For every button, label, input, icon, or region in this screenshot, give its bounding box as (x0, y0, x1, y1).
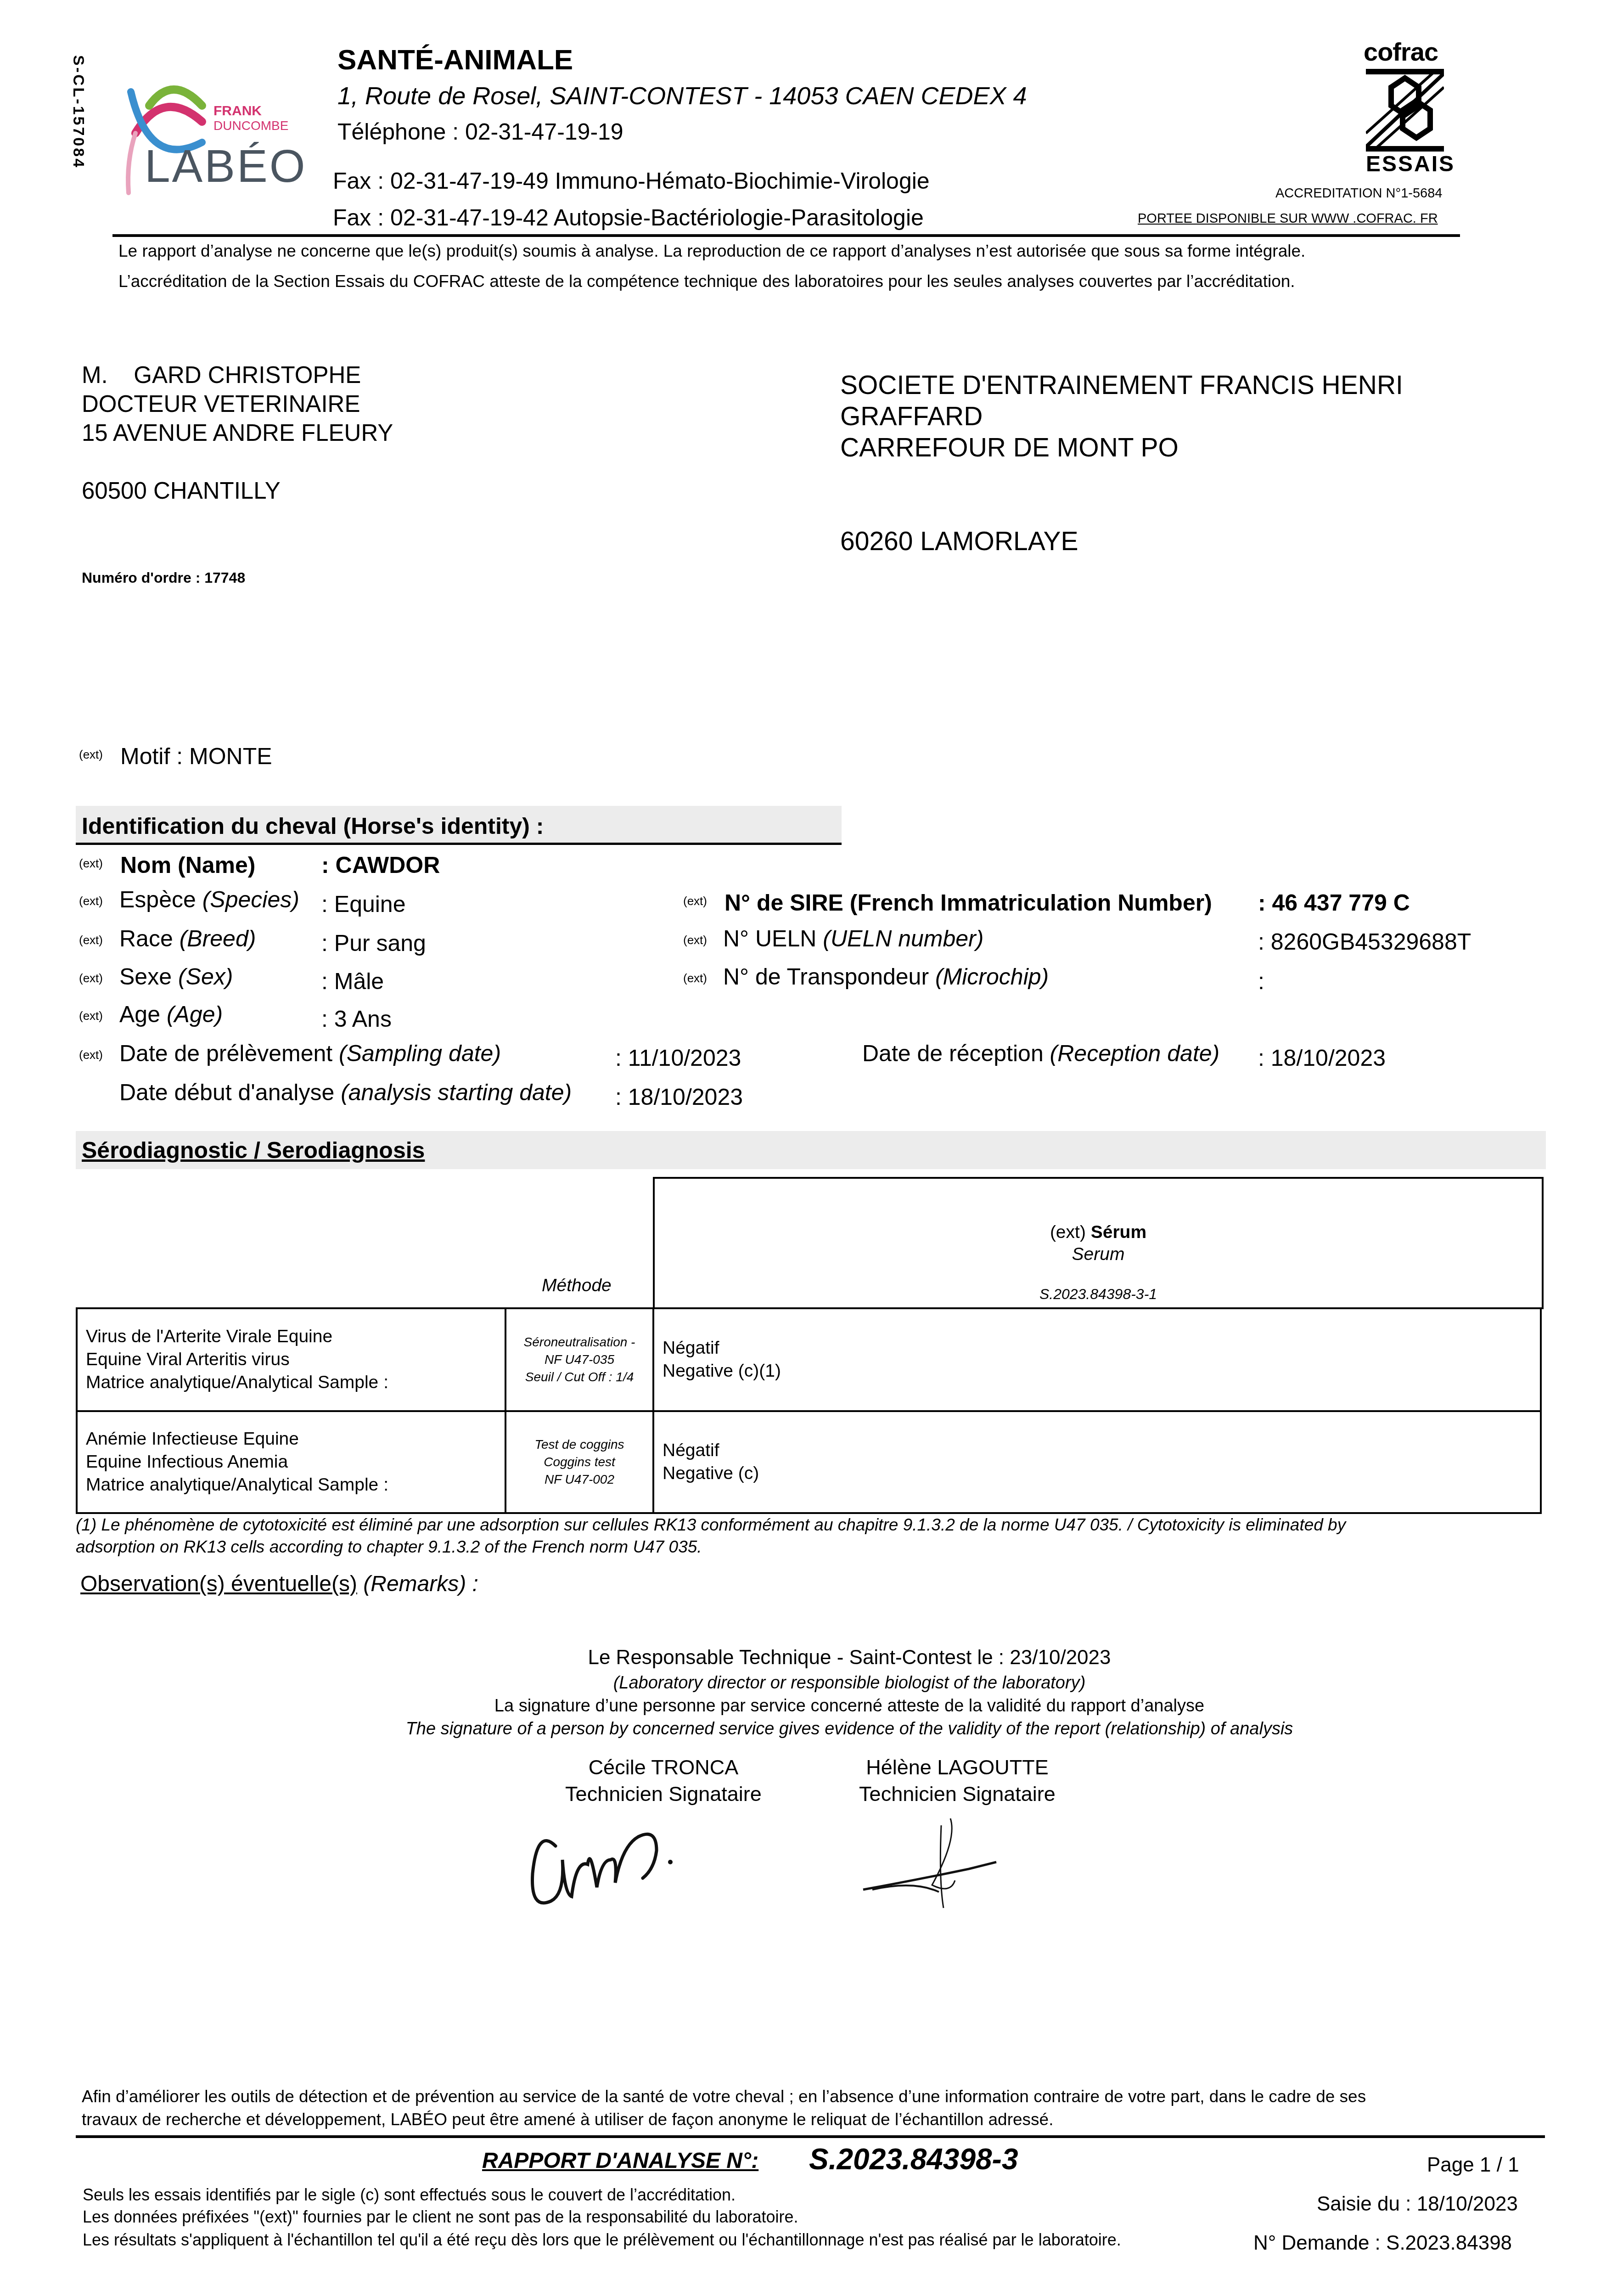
ext-tag: (ext) (683, 933, 707, 947)
serodiagnosis-title: Sérodiagnostic / Serodiagnosis (82, 1137, 425, 1164)
remarks-label-en: (Remarks) : (357, 1572, 478, 1596)
horse-sire-label: N° de SIRE (French Immatriculation Numbe… (724, 889, 1212, 916)
ext-tag: (ext) (79, 971, 103, 985)
horse-breed-label: Race (Breed) (119, 925, 256, 952)
cofrac-logo-text: cofrac (1364, 37, 1438, 67)
sample-name-en: Serum (655, 1244, 1542, 1265)
research-notice-line-2: travaux de recherche et développement, L… (82, 2110, 1053, 2129)
ext-tag: (ext) (79, 933, 103, 947)
cofrac-logo: cofrac ESSAIS (1364, 37, 1451, 174)
sex-label-fr: Sexe (119, 964, 172, 990)
result-cell: Négatif Negative (c)(1) (653, 1308, 1541, 1411)
technical-manager-line: Le Responsable Technique - Saint-Contest… (321, 1644, 1377, 1671)
horse-age-value: : 3 Ans (321, 1006, 392, 1032)
method-line: Seuil / Cut Off : 1/4 (506, 1368, 652, 1386)
cofrac-accreditation: ACCREDITATION N°1-5684 (1275, 186, 1442, 201)
horse-microchip-value: : (1258, 968, 1264, 995)
recipient-left-line-1: M. GARD CHRISTOPHE (82, 360, 393, 389)
recipient-right-line-1: SOCIETE D'ENTRAINEMENT FRANCIS HENRI (840, 370, 1403, 401)
logo-name: LABÉO (145, 140, 307, 193)
horse-ueln-label: N° UELN (UELN number) (723, 925, 983, 952)
method-line: NF U47-002 (506, 1471, 652, 1488)
sampling-date-label: Date de prélèvement (Sampling date) (119, 1040, 501, 1067)
ext-tag: (ext) (79, 1009, 103, 1023)
logo-brand-bottom: DUNCOMBE (213, 118, 288, 133)
analyte-cell: Anémie Infectieuse Equine Equine Infecti… (77, 1411, 505, 1513)
microchip-label-fr: N° de Transpondeur (723, 964, 929, 990)
result-en: Negative (c)(1) (654, 1360, 1540, 1383)
horse-sex-value: : Mâle (321, 968, 384, 995)
analysis-start-date-label: Date début d'analyse (analysis starting … (119, 1079, 572, 1106)
sex-label-en: (Sex) (178, 964, 233, 990)
lab-title: SANTÉ-ANIMALE (337, 44, 573, 76)
disclaimer-line-1: Le rapport d’analyse ne concerne que le(… (118, 242, 1305, 261)
ext-tag: (ext) (683, 971, 707, 985)
recipient-right-line-4: 60260 LAMORLAYE (840, 526, 1403, 557)
order-number: Numéro d'ordre : 17748 (82, 569, 245, 586)
recipient-left: M. GARD CHRISTOPHE DOCTEUR VETERINAIRE 1… (82, 360, 393, 505)
sampling-label-fr: Date de prélèvement (119, 1041, 332, 1066)
sample-name: Sérum (1091, 1222, 1146, 1242)
report-number: S.2023.84398-3 (809, 2142, 1018, 2176)
lab-phone: Téléphone : 02-31-47-19-19 (337, 118, 623, 145)
recipient-right: SOCIETE D'ENTRAINEMENT FRANCIS HENRI GRA… (840, 370, 1403, 557)
recipient-right-line-3: CARREFOUR DE MONT PO (840, 432, 1403, 463)
analyte-matrix: Matrice analytique/Analytical Sample : (78, 1474, 505, 1497)
signer-name: Cécile TRONCA (526, 1754, 801, 1781)
analyte-en: Equine Infectious Anemia (78, 1451, 505, 1474)
horse-breed-value: : Pur sang (321, 930, 426, 957)
sampling-label-en: (Sampling date) (339, 1041, 501, 1066)
table-row: Anémie Infectieuse Equine Equine Infecti… (77, 1411, 1541, 1513)
signer-2: Hélène LAGOUTTE Technicien Signataire (820, 1754, 1095, 1807)
signature-2-icon (859, 1812, 1051, 1917)
result-en: Negative (c) (654, 1462, 1540, 1485)
sampling-date-value: : 11/10/2023 (615, 1045, 741, 1071)
analyte-en: Equine Viral Arteritis virus (78, 1348, 505, 1371)
lab-director-line: (Laboratory director or responsible biol… (321, 1671, 1377, 1694)
labeo-logo: FRANK DUNCOMBE LABÉO (122, 78, 324, 193)
cofrac-portee-link[interactable]: PORTEE DISPONIBLE SUR WWW .COFRAC. FR (1138, 211, 1438, 226)
species-label-fr: Espèce (119, 887, 196, 912)
age-label-en: (Age) (167, 1002, 223, 1027)
page-indicator: Page 1 / 1 (1427, 2154, 1519, 2177)
disclaimer-line-2: L’accréditation de la Section Essais du … (118, 272, 1295, 291)
species-label-en: (Species) (202, 887, 299, 912)
recipient-left-line-2: DOCTEUR VETERINAIRE (82, 389, 393, 418)
horse-name-label: Nom (Name) (120, 852, 255, 878)
analyte-fr: Anémie Infectieuse Equine (78, 1428, 505, 1451)
cofrac-emblem-icon (1366, 69, 1444, 152)
start-label-fr: Date début d'analyse (119, 1080, 334, 1105)
lab-fax-2: Fax : 02-31-47-19-42 Autopsie-Bactériolo… (333, 204, 924, 231)
signature-block: Le Responsable Technique - Saint-Contest… (321, 1644, 1377, 1740)
reception-date-label: Date de réception (Reception date) (862, 1040, 1219, 1067)
footnote-line-2: adsorption on RK13 cells according to ch… (76, 1537, 702, 1557)
method-cell: Séroneutralisation - NF U47-035 Seuil / … (505, 1308, 653, 1411)
breed-label-fr: Race (119, 926, 173, 951)
entry-date: Saisie du : 18/10/2023 (1317, 2193, 1518, 2216)
start-label-en: (analysis starting date) (341, 1080, 572, 1105)
result-cell: Négatif Negative (c) (653, 1411, 1541, 1513)
horse-identity-title: Identification du cheval (Horse's identi… (82, 813, 544, 839)
results-header-sample: (ext) Sérum Serum S.2023.84398-3-1 (653, 1177, 1544, 1309)
signer-1: Cécile TRONCA Technicien Signataire (526, 1754, 801, 1807)
analyte-cell: Virus de l'Arterite Virale Equine Equine… (77, 1308, 505, 1411)
signer-role: Technicien Signataire (820, 1781, 1095, 1807)
ueln-label-fr: N° UELN (723, 926, 816, 951)
breed-label-en: (Breed) (180, 926, 256, 951)
result-fr: Négatif (654, 1337, 1540, 1360)
footnote-line-1: (1) Le phénomène de cytotoxicité est éli… (76, 1515, 1346, 1535)
analyte-fr: Virus de l'Arterite Virale Equine (78, 1325, 505, 1348)
document-side-id: S-CL-157084 (69, 55, 87, 169)
method-line: Séroneutralisation - (506, 1334, 652, 1351)
microchip-label-en: (Microchip) (935, 964, 1049, 990)
ext-tag: (ext) (79, 748, 103, 762)
method-cell: Test de coggins Coggins test NF U47-002 (505, 1411, 653, 1513)
motif: Motif : MONTE (120, 743, 272, 770)
signer-name: Hélène LAGOUTTE (820, 1754, 1095, 1781)
signer-role: Technicien Signataire (526, 1781, 801, 1807)
remarks-label: Observation(s) éventuelle(s) (Remarks) : (80, 1571, 478, 1597)
footer-divider (76, 2135, 1545, 2138)
logo-brand-top: FRANK (213, 103, 262, 119)
reception-date-value: : 18/10/2023 (1258, 1045, 1386, 1071)
horse-microchip-label: N° de Transpondeur (Microchip) (723, 963, 1049, 990)
horse-species-value: : Equine (321, 891, 405, 917)
reception-label-fr: Date de réception (862, 1041, 1044, 1066)
recipient-left-line-4: 60500 CHANTILLY (82, 476, 393, 505)
request-number: N° Demande : S.2023.84398 (1253, 2232, 1512, 2255)
legal-line-2: Les données préfixées "(ext)" fournies p… (83, 2206, 798, 2228)
horse-sire-value: : 46 437 779 C (1258, 889, 1410, 916)
ueln-label-en: (UELN number) (823, 926, 983, 951)
method-line: NF U47-035 (506, 1351, 652, 1368)
analyte-matrix: Matrice analytique/Analytical Sample : (78, 1371, 505, 1394)
table-row: Virus de l'Arterite Virale Equine Equine… (77, 1308, 1541, 1411)
analysis-start-date-value: : 18/10/2023 (615, 1084, 743, 1110)
method-line: Coggins test (506, 1453, 652, 1471)
ext-tag: (ext) (79, 1048, 103, 1062)
report-number-label: RAPPORT D'ANALYSE N°: (482, 2148, 758, 2173)
horse-sex-label: Sexe (Sex) (119, 963, 233, 990)
ext-tag: (ext) (79, 894, 103, 908)
lab-address: 1, Route de Rosel, SAINT-CONTEST - 14053… (337, 82, 1027, 110)
legal-line-1: Seuls les essais identifiés par le sigle… (83, 2183, 736, 2206)
research-notice-line-1: Afin d’améliorer les outils de détection… (82, 2087, 1366, 2106)
method-header: Méthode (542, 1276, 612, 1296)
signature-1-icon (519, 1818, 758, 1919)
ext-tag: (ext) (79, 856, 103, 871)
signature-validity-en: The signature of a person by concerned s… (321, 1717, 1377, 1740)
horse-ueln-value: : 8260GB45329688T (1258, 929, 1471, 955)
sample-id: S.2023.84398-3-1 (655, 1286, 1542, 1303)
sample-ext-tag: (ext) (1050, 1222, 1086, 1242)
remarks-label-fr: Observation(s) éventuelle(s) (80, 1572, 357, 1596)
signature-validity-fr: La signature d’une personne par service … (321, 1694, 1377, 1717)
reception-label-en: (Reception date) (1050, 1041, 1220, 1066)
lab-fax-1: Fax : 02-31-47-19-49 Immuno-Hémato-Bioch… (333, 168, 930, 194)
results-table: Virus de l'Arterite Virale Equine Equine… (76, 1307, 1542, 1514)
legal-line-3: Les résultats s'appliquent à l'échantill… (83, 2228, 1121, 2251)
header-divider (112, 234, 1460, 237)
method-line: Test de coggins (506, 1436, 652, 1453)
horse-name-value: : CAWDOR (321, 852, 440, 878)
recipient-left-line-3: 15 AVENUE ANDRE FLEURY (82, 418, 393, 447)
horse-age-label: Age (Age) (119, 1001, 223, 1028)
result-fr: Négatif (654, 1439, 1540, 1462)
sample-header: (ext) Sérum (655, 1222, 1542, 1243)
horse-species-label: Espèce (Species) (119, 886, 299, 913)
cofrac-essais: ESSAIS (1366, 152, 1455, 177)
ext-tag: (ext) (683, 894, 707, 908)
age-label-fr: Age (119, 1002, 160, 1027)
recipient-right-line-2: GRAFFARD (840, 401, 1403, 432)
